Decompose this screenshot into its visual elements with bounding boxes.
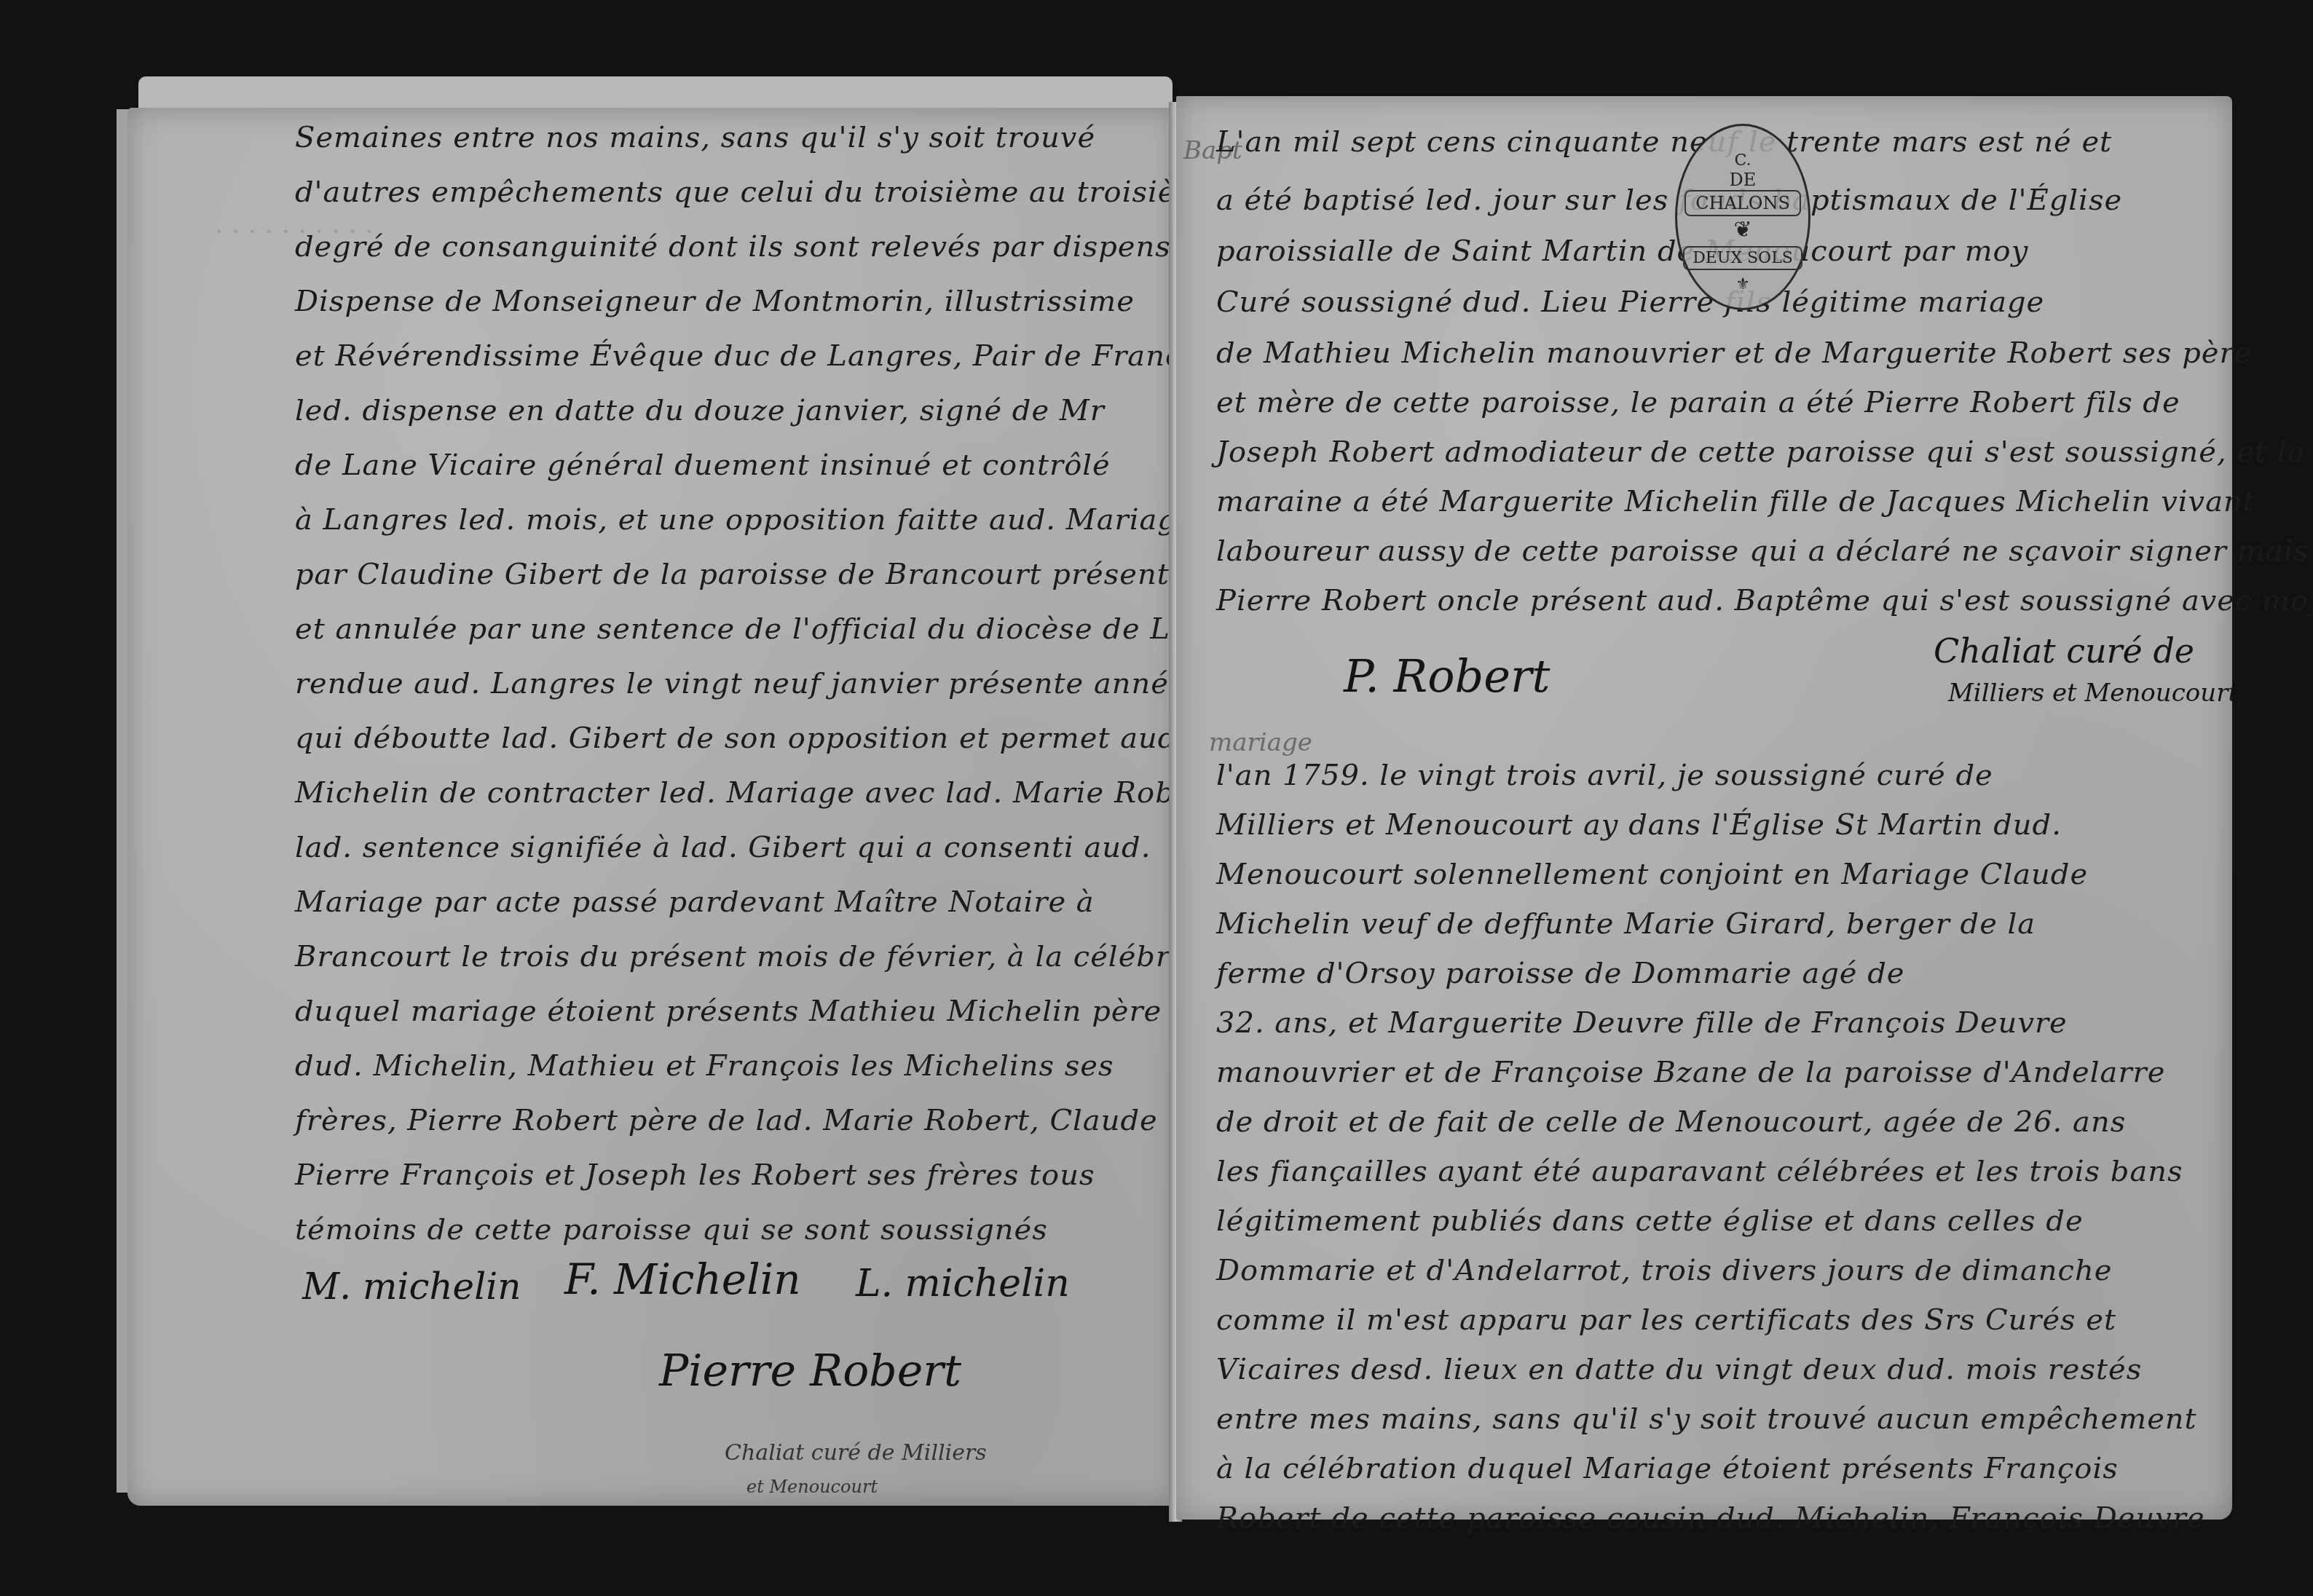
manuscript-line: a été baptisé led. jour sur les fonds ba… xyxy=(1216,183,2122,217)
manuscript-line: degré de consanguinité dont ils sont rel… xyxy=(295,230,1189,264)
manuscript-line: paroissialle de Saint Martin de Menoucou… xyxy=(1216,234,2028,268)
manuscript-line: maraine a été Marguerite Michelin fille … xyxy=(1216,485,2255,518)
manuscript-line: Mariage par acte passé pardevant Maître … xyxy=(295,885,1095,919)
manuscript-line: duquel mariage étoient présents Mathieu … xyxy=(295,995,1162,1028)
manuscript-line: de Mathieu Michelin manouvrier et de Mar… xyxy=(1216,336,2252,370)
manuscript-line: et mère de cette paroisse, le parain a é… xyxy=(1216,386,2180,419)
manuscript-line: de droit et de fait de celle de Menoucou… xyxy=(1216,1105,2126,1139)
stamp-text: CHALONS xyxy=(1684,190,1801,216)
manuscript-line: et annulée par une sentence de l'officia… xyxy=(295,612,1275,646)
manuscript-line: l'an 1759. le vingt trois avril, je sous… xyxy=(1216,759,1993,792)
manuscript-line: 32. ans, et Marguerite Deuvre fille de F… xyxy=(1216,1006,2068,1040)
manuscript-line: Semaines entre nos mains, sans qu'il s'y… xyxy=(295,121,1095,154)
manuscript-line: Pierre Robert oncle présent aud. Baptême… xyxy=(1216,584,2313,617)
manuscript-line: Michelin veuf de deffunte Marie Girard, … xyxy=(1216,907,2036,941)
signature: L. michelin xyxy=(856,1262,1070,1305)
manuscript-line: et Révérendissime Évêque duc de Langres,… xyxy=(295,339,1200,373)
manuscript-line: Dispense de Monseigneur de Montmorin, il… xyxy=(295,285,1135,318)
manuscript-line: manouvrier et de Françoise Bzane de la p… xyxy=(1216,1056,2165,1089)
fleur-de-lis-icon: ⚜ xyxy=(1677,275,1808,293)
manuscript-line: lad. sentence signifiée à lad. Gibert qu… xyxy=(295,831,1151,864)
manuscript-line: laboureur aussy de cette paroisse qui a … xyxy=(1216,534,2309,568)
manuscript-line: à la célébration duquel Mariage étoient … xyxy=(1216,1452,2119,1485)
manuscript-line: les fiançailles ayant été auparavant cél… xyxy=(1216,1155,2183,1188)
manuscript-line: Dommarie et d'Andelarrot, trois divers j… xyxy=(1216,1254,2112,1287)
manuscript-line: led. dispense en datte du douze janvier,… xyxy=(295,394,1105,427)
margin-note-marriage: mariage xyxy=(1209,728,1312,757)
left-page: · · · · · · · · · · Semaines entre nos m… xyxy=(127,108,1176,1506)
manuscript-line: Vicaires desd. lieux en datte du vingt d… xyxy=(1216,1353,2142,1386)
manuscript-line: Robert de cette paroisse cousin dud. Mic… xyxy=(1216,1501,2205,1535)
manuscript-line: Joseph Robert admodiateur de cette paroi… xyxy=(1216,435,2306,469)
manuscript-line: ferme d'Orsoy paroisse de Dommarie agé d… xyxy=(1216,957,1905,990)
manuscript-line: Curé soussigné dud. Lieu Pierre fils lég… xyxy=(1216,285,2044,319)
priest-signature: Chaliat curé de Milliers xyxy=(725,1440,987,1466)
signature: F. Michelin xyxy=(564,1255,801,1304)
manuscript-line: rendue aud. Langres le vingt neuf janvie… xyxy=(295,667,1187,700)
manuscript-line: entre mes mains, sans qu'il s'y soit tro… xyxy=(1216,1402,2197,1436)
manuscript-line: de Lane Vicaire général duement insinué … xyxy=(295,449,1111,482)
manuscript-line: par Claudine Gibert de la paroisse de Br… xyxy=(295,558,1266,591)
priest-signature: Chaliat curé de xyxy=(1934,631,2194,671)
manuscript-line: d'autres empêchements que celui du trois… xyxy=(295,175,1222,209)
manuscript-line: L'an mil sept cens cinquante neuf le tre… xyxy=(1216,125,2112,159)
stamp-text: C. xyxy=(1677,151,1808,170)
manuscript-line: Michelin de contracter led. Mariage avec… xyxy=(295,776,1220,810)
godfather-signature: P. Robert xyxy=(1344,649,1550,703)
manuscript-line: comme il m'est apparu par les certificat… xyxy=(1216,1303,2116,1337)
manuscript-line: Milliers et Menoucourt ay dans l'Église … xyxy=(1216,808,2062,842)
priest-signature-line2: et Menoucourt xyxy=(746,1477,878,1497)
manuscript-line: qui déboutte lad. Gibert de son oppositi… xyxy=(295,722,1187,755)
priest-signature-line2: Milliers et Menoucourt xyxy=(1948,679,2238,708)
manuscript-line: à Langres led. mois, et une opposition f… xyxy=(295,503,1195,537)
manuscript-line: frères, Pierre Robert père de lad. Marie… xyxy=(295,1104,1158,1137)
manuscript-line: légitimement publiés dans cette église e… xyxy=(1216,1204,2084,1238)
tax-stamp: C. DE CHALONS ❦ DEUX SOLS ⚜ xyxy=(1675,124,1810,310)
right-page: Bapt L'an mil sept cens cinquante neuf l… xyxy=(1176,96,2232,1520)
manuscript-line: Brancourt le trois du présent mois de fé… xyxy=(295,940,1249,973)
manuscript-line: dud. Michelin, Mathieu et François les M… xyxy=(295,1049,1114,1083)
stamp-ornament-icon: ❦ xyxy=(1677,217,1808,242)
manuscript-line: Pierre François et Joseph les Robert ses… xyxy=(295,1158,1095,1192)
signature: M. michelin xyxy=(302,1265,521,1308)
manuscript-line: Menoucourt solennellement conjoint en Ma… xyxy=(1216,858,2088,891)
stamp-text: DEUX SOLS xyxy=(1683,246,1802,270)
manuscript-line: témoins de cette paroisse qui se sont so… xyxy=(295,1213,1048,1247)
signature: Pierre Robert xyxy=(659,1346,961,1396)
stamp-text: DE xyxy=(1677,170,1808,190)
